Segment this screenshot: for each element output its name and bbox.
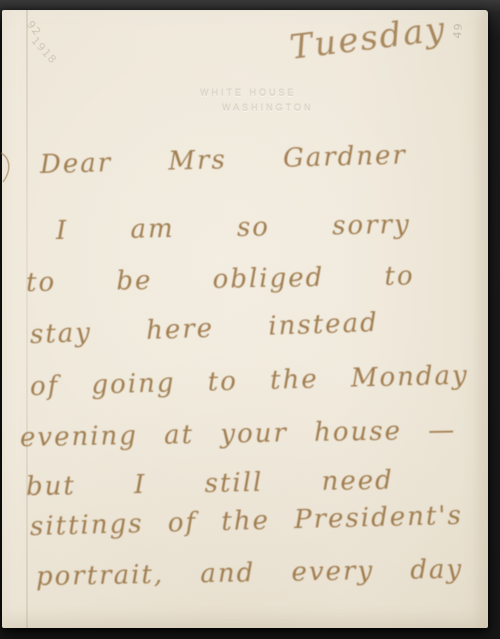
handwriting-line: of going to the Monday bbox=[30, 361, 470, 402]
letterhead-line-2: WASHINGTON bbox=[200, 101, 330, 116]
pencil-annotation-top-left-lower: 1918 bbox=[28, 34, 59, 66]
handwriting-date-line: Tuesday bbox=[288, 9, 449, 68]
handwriting-line: portrait, and every day bbox=[36, 555, 464, 592]
pencil-annotation-page-number: 49 bbox=[451, 22, 465, 39]
stray-ink-mark bbox=[0, 150, 18, 186]
handwriting-line: evening at your house — bbox=[20, 415, 457, 453]
page-fold-edge bbox=[26, 10, 28, 628]
handwriting-line: I am so sorry bbox=[56, 210, 411, 246]
handwriting-line: but I still need bbox=[26, 466, 394, 502]
photograph-background: 92 1918 49 WHITE HOUSE WASHINGTON Tuesda… bbox=[0, 0, 500, 639]
letter-page: 92 1918 49 WHITE HOUSE WASHINGTON Tuesda… bbox=[2, 10, 488, 628]
letterhead-line-1: WHITE HOUSE bbox=[200, 86, 330, 101]
handwriting-line: stay here instead bbox=[29, 308, 379, 350]
handwriting-line: sittings of the President's bbox=[30, 501, 464, 542]
handwriting-salutation: Dear Mrs Gardner bbox=[40, 140, 408, 180]
embossed-letterhead: WHITE HOUSE WASHINGTON bbox=[200, 86, 330, 116]
handwriting-line: to be obliged to bbox=[26, 261, 415, 298]
